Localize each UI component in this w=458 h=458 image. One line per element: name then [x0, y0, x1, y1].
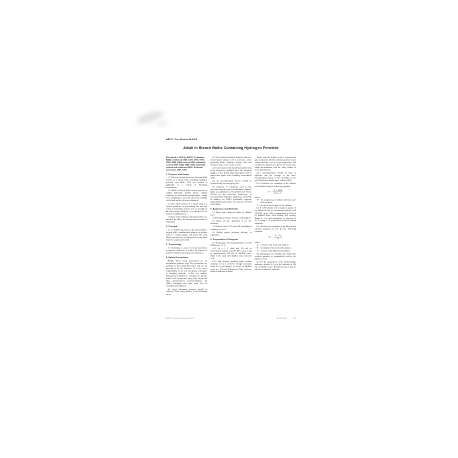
list-item: 5.4 Sulfuric acid, 0.1N and 1.0N standar…	[210, 226, 251, 231]
footer-method-block: TM 98-2002 143	[276, 317, 296, 319]
section-heading-reagents: 6. Preparation of Reagents	[210, 238, 251, 240]
paragraph: 6.5 For the preparation of the methyl pu…	[255, 261, 296, 271]
paragraph: 6.1.1 In a 1 L flask add 2.8 mL of conce…	[210, 247, 251, 260]
equation-denominator: V₂	[274, 237, 283, 239]
equation-lhs: N =	[268, 191, 271, 193]
footer-method-number: TM 98-2002	[276, 317, 287, 319]
safety-note: NOTE: These safety precautions are for i…	[166, 260, 207, 288]
paragraph: 3.1 bleaching, n.—any of several procedu…	[166, 247, 207, 255]
paragraph: 6.1 Preparation and standardization of 0…	[210, 242, 251, 247]
list-item: 5.3 Buret, 50 mL, graduated in 0.1 mL di…	[210, 220, 251, 225]
paragraph: 6.4 Using pipets of a suitable size, tra…	[255, 253, 296, 261]
paragraph: 1.2 Alkali in bleach baths may be presen…	[166, 190, 207, 203]
paragraph: 1.4 Since both cellulosic and protein fi…	[166, 216, 207, 224]
column-left: Developed in 1968 by AATCC Committee RA3…	[166, 156, 207, 315]
equation-fraction: W × 1000 53.0 × V	[272, 189, 282, 194]
document-page: AATCC Test Method 98-2002 Alkali in Blea…	[166, 138, 296, 324]
text-columns: Developed in 1968 by AATCC Committee RA3…	[166, 156, 296, 315]
page-number: 143	[293, 317, 296, 319]
paragraph: 1.3 The alkali content of a bleach bath …	[166, 203, 207, 216]
equation-fraction: V₁ × N₁ V₂	[274, 235, 283, 240]
doc-header: AATCC Test Method 98-2002	[166, 138, 296, 140]
section-heading-purpose: 1. Purpose and Scope	[166, 173, 207, 175]
paragraph: 4.1 Good laboratory practices should be …	[166, 288, 207, 296]
section-heading-terminology: 3. Terminology	[166, 243, 207, 245]
footer-manual-label: AATCC Technical Manual/2003	[166, 317, 194, 319]
paragraph: 2.1 A weighed specimen of the bleach bat…	[166, 229, 207, 242]
paragraph: 6.2 If 1.0N sulfuric acid is required, p…	[255, 207, 296, 225]
equation-denominator: 53.0 × V	[272, 192, 282, 194]
paragraph: 6.1.4 Calculate the normality of the sul…	[255, 183, 296, 188]
paragraph: 4.4 An eyewash/safety shower should be l…	[210, 180, 251, 185]
list-item: 5.5 Methyl purple indicator solution, or…	[210, 231, 251, 236]
section-heading-safety: 4. Safety Precautions	[166, 256, 207, 258]
column-right: Titrate with the sulfuric acid to a brom…	[255, 156, 296, 315]
list-item: 5.1 Pipets and volumetric flasks of suit…	[210, 211, 251, 216]
paragraph: 6.1.2 Dry primary standard grade sodium …	[210, 261, 251, 274]
paragraph: Titrate with the sulfuric acid to a brom…	[255, 156, 296, 171]
column-middle: 4.2 All chemicals should be handled with…	[210, 156, 251, 315]
equation-dilution: N₂ = V₁ × N₁ V₂	[255, 235, 296, 240]
development-history: Developed in 1968 by AATCC Committee RA3…	[166, 156, 207, 171]
scan-smudge-artifact	[156, 119, 169, 127]
variable-definition: W = the weight, in g, of sodium carbonat…	[257, 199, 296, 204]
paragraph: 4.3 Concentrated acids should be handled…	[210, 167, 251, 180]
paragraph: 6.1.3 Standardization should be done in …	[255, 172, 296, 182]
section-heading-apparatus: 5. Apparatus and Materials	[210, 208, 251, 210]
paragraph: 6.3 Calculate the normality of the dilut…	[255, 225, 296, 233]
scanned-document-canvas: AATCC Test Method 98-2002 Alkali in Blea…	[0, 0, 458, 458]
paragraph: 1.1 This test method determines the tota…	[166, 176, 207, 189]
page-footer: AATCC Technical Manual/2003 TM 98-2002 1…	[166, 317, 296, 319]
equation-normality: N = W × 1000 53.0 × V	[255, 189, 296, 194]
equation-lhs: N₂ =	[268, 236, 272, 238]
paragraph: 4.5 Exposure to chemicals used in this p…	[210, 186, 251, 206]
page-title: Alkali in Bleach Baths Containing Hydrog…	[166, 146, 296, 150]
section-heading-principle: 2. Principle	[166, 225, 207, 227]
paragraph: 4.2 All chemicals should be handled with…	[210, 156, 251, 166]
